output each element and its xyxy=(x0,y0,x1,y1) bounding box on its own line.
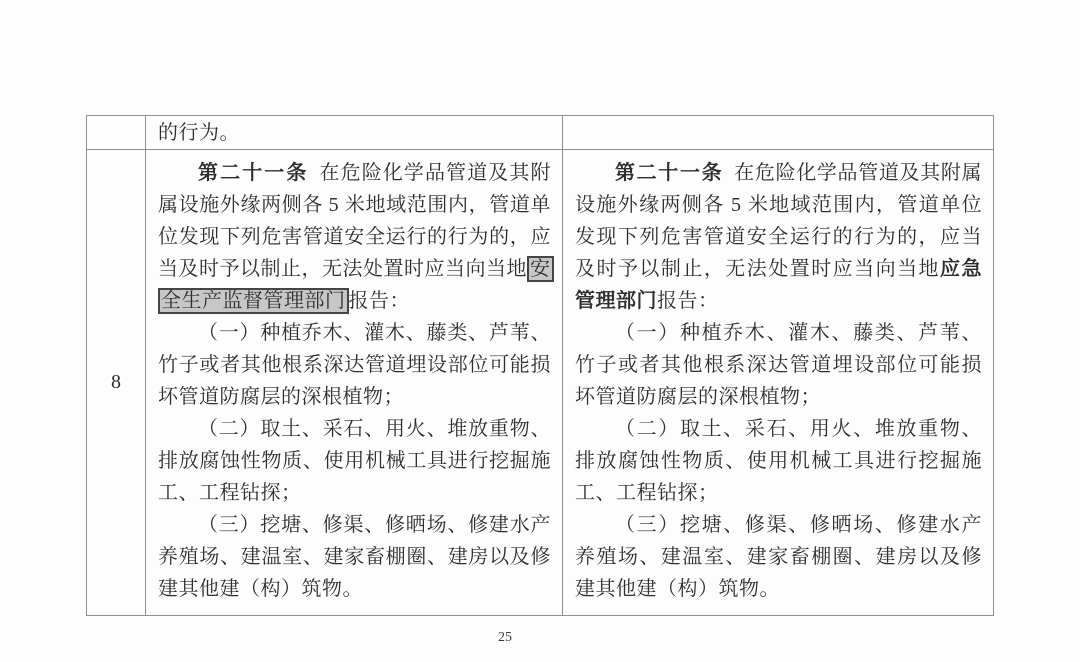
document-page: 的行为。 8 第二十一条在危险化学品管道及其附属设施外缘两侧各 5 米地域范围内… xyxy=(0,0,1080,662)
old-version-continuation-cell: 的行为。 xyxy=(146,116,563,150)
old-article-after-term: 报告： xyxy=(349,290,411,312)
new-item-2: （二）取土、采石、用火、堆放重物、排放腐蚀性物质、使用机械工具进行挖掘施工、工程… xyxy=(575,413,982,509)
new-version-cell: 第二十一条在危险化学品管道及其附属设施外缘两侧各 5 米地域范围内，管道单位发现… xyxy=(563,150,994,616)
row-number-cell-empty xyxy=(87,116,146,150)
new-article-heading: 第二十一条 xyxy=(615,162,723,184)
old-version-cell: 第二十一条在危险化学品管道及其附属设施外缘两侧各 5 米地域范围内，管道单位发现… xyxy=(146,150,563,616)
new-article-paragraph: 第二十一条在危险化学品管道及其附属设施外缘两侧各 5 米地域范围内，管道单位发现… xyxy=(575,157,982,317)
old-article-paragraph: 第二十一条在危险化学品管道及其附属设施外缘两侧各 5 米地域范围内，管道单位发现… xyxy=(158,157,551,317)
new-version-continuation-cell xyxy=(563,116,994,150)
row-number-cell: 8 xyxy=(87,150,146,616)
old-item-3: （三）挖塘、修渠、修晒场、修建水产养殖场、建温室、建家畜棚圈、建房以及修建其他建… xyxy=(158,509,551,605)
page-number: 25 xyxy=(0,630,1010,646)
new-item-3: （三）挖塘、修渠、修晒场、修建水产养殖场、建温室、建家畜棚圈、建房以及修建其他建… xyxy=(575,509,982,605)
new-article-after-term: 报告： xyxy=(657,290,719,312)
old-item-2: （二）取土、采石、用火、堆放重物、排放腐蚀性物质、使用机械工具进行挖掘施工、工程… xyxy=(158,413,551,509)
table-row-continuation: 的行为。 xyxy=(87,116,994,150)
row-number: 8 xyxy=(111,371,121,393)
old-article-heading: 第二十一条 xyxy=(198,162,309,184)
comparison-table: 的行为。 8 第二十一条在危险化学品管道及其附属设施外缘两侧各 5 米地域范围内… xyxy=(86,115,994,616)
new-item-1: （一）种植乔木、灌木、藤类、芦苇、竹子或者其他根系深达管道埋设部位可能损坏管道防… xyxy=(575,317,982,413)
old-item-1: （一）种植乔木、灌木、藤类、芦苇、竹子或者其他根系深达管道埋设部位可能损坏管道防… xyxy=(158,317,551,413)
table-row-article-21: 8 第二十一条在危险化学品管道及其附属设施外缘两侧各 5 米地域范围内，管道单位… xyxy=(87,150,994,616)
continuation-text: 的行为。 xyxy=(158,118,550,148)
